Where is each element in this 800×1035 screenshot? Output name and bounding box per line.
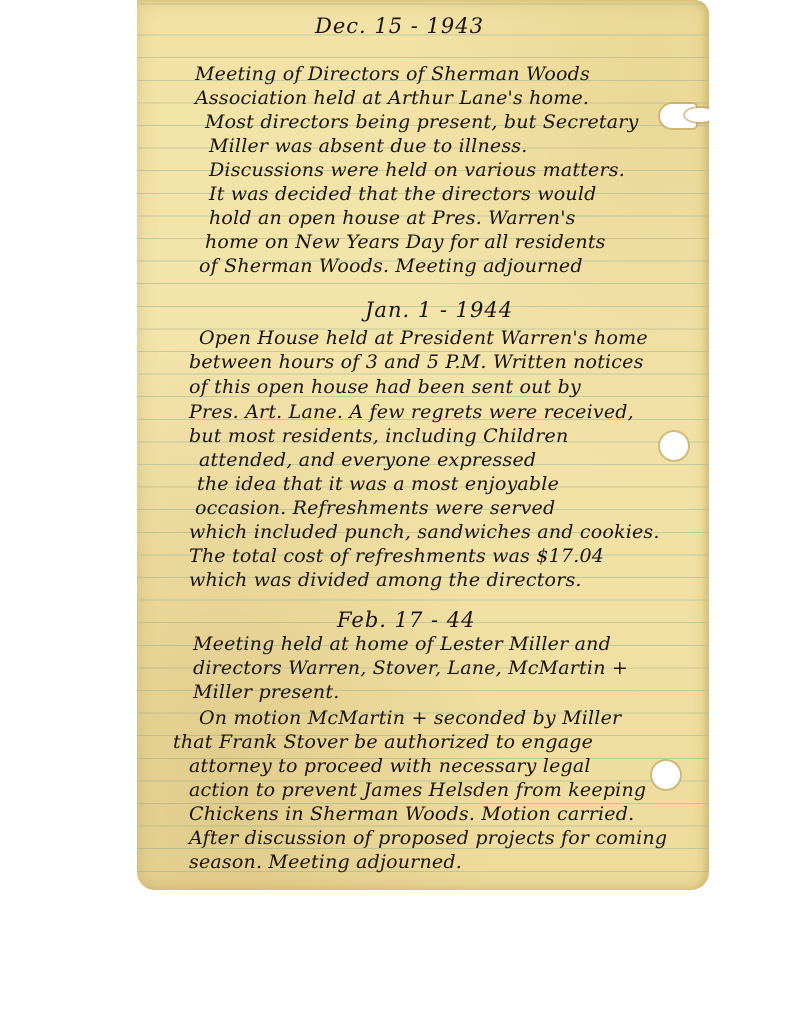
handwritten-text: Dec. 15 - 1943 Meeting of Directors of S… — [137, 0, 709, 890]
entry-line: occasion. Refreshments were served — [195, 496, 555, 520]
entry-line: which was divided among the directors. — [189, 568, 582, 592]
entry-line: Pres. Art. Lane. A few regrets were rece… — [189, 400, 634, 424]
entry-line: between hours of 3 and 5 P.M. Written no… — [189, 350, 644, 374]
punch-hole — [652, 761, 680, 789]
entry-line: Meeting of Directors of Sherman Woods — [195, 62, 590, 86]
entry-date-feb-1944: Feb. 17 - 44 — [337, 608, 476, 632]
entry-line: Miller present. — [193, 680, 339, 704]
entry-line: attended, and everyone expressed — [199, 448, 536, 472]
entry-line: On motion McMartin + seconded by Miller — [199, 706, 621, 730]
entry-line: Chickens in Sherman Woods. Motion carrie… — [189, 802, 634, 826]
entry-line: action to prevent James Helsden from kee… — [189, 778, 646, 802]
punch-hole — [660, 432, 688, 460]
entry-line: Open House held at President Warren's ho… — [199, 326, 648, 350]
entry-line: Most directors being present, but Secret… — [205, 110, 639, 134]
entry-line: Discussions were held on various matters… — [209, 158, 625, 182]
entry-line: directors Warren, Stover, Lane, McMartin… — [193, 656, 628, 680]
entry-line: of Sherman Woods. Meeting adjourned — [199, 254, 583, 278]
entry-line: home on New Years Day for all residents — [205, 230, 606, 254]
notebook-page: Dec. 15 - 1943 Meeting of Directors of S… — [137, 0, 709, 890]
entry-line: season. Meeting adjourned. — [189, 850, 462, 874]
entry-line: the idea that it was a most enjoyable — [197, 472, 559, 496]
entry-line: but most residents, including Children — [189, 424, 568, 448]
entry-line: Association held at Arthur Lane's home. — [195, 86, 589, 110]
entry-line: The total cost of refreshments was $17.0… — [189, 544, 604, 568]
entry-line: hold an open house at Pres. Warren's — [209, 206, 576, 230]
entry-line: Miller was absent due to illness. — [209, 134, 527, 158]
entry-line: After discussion of proposed projects fo… — [189, 826, 667, 850]
entry-line: It was decided that the directors would — [209, 182, 596, 206]
entry-line: which included punch, sandwiches and coo… — [189, 520, 660, 544]
entry-line: of this open house had been sent out by — [189, 375, 581, 399]
entry-line: Meeting held at home of Lester Miller an… — [193, 632, 611, 656]
entry-date-jan-1944: Jan. 1 - 1944 — [365, 298, 513, 322]
torn-punch-hole-tear — [685, 108, 709, 122]
entry-line: that Frank Stover be authorized to engag… — [173, 730, 593, 754]
entry-line: attorney to proceed with necessary legal — [189, 754, 591, 778]
entry-date-dec-1943: Dec. 15 - 1943 — [315, 14, 484, 38]
